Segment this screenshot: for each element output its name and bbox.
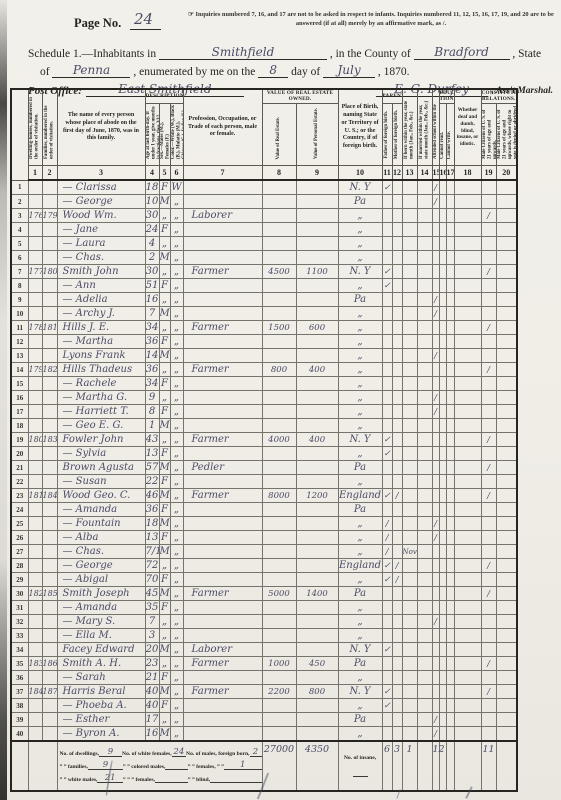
cell-born-month (402, 713, 417, 727)
cell-sex: F (159, 573, 170, 587)
cell-personal-estate (296, 335, 338, 349)
cell-dwelling-number: 183 (28, 657, 42, 671)
cell-age: 18 (145, 517, 159, 531)
cell-row-number: 4 (11, 223, 28, 237)
cell-dwelling-number (28, 573, 42, 587)
cell-infirmities (454, 671, 481, 685)
cell-personal-estate (296, 559, 338, 573)
cell-cannot-read (439, 573, 446, 587)
cell-real-estate (262, 601, 296, 615)
cell-row-number: 35 (11, 657, 28, 671)
cell-attended-school (432, 251, 439, 265)
cell-sex: F (159, 223, 170, 237)
cell-occupation (183, 475, 262, 489)
cell-dwelling-number (28, 237, 42, 251)
census-row: 11 178 181 Hills J. E. 34 „ „ Farmer 150… (11, 321, 517, 335)
cell-cannot-read (439, 587, 446, 601)
cell-sex: F (159, 475, 170, 489)
cell-cannot-read (439, 671, 446, 685)
cell-dwelling-number (28, 447, 42, 461)
cell-male-citizen (481, 293, 496, 307)
cell-age: 3 (145, 629, 159, 643)
cell-born-month (402, 195, 417, 209)
cell-born-month (402, 180, 417, 195)
cell-married-month (417, 545, 432, 559)
cell-personal-estate (296, 209, 338, 223)
cell-infirmities (454, 405, 481, 419)
cell-male-citizen: / (481, 489, 496, 503)
cell-attended-school (432, 475, 439, 489)
cell-attended-school (432, 573, 439, 587)
colored-females-total (155, 782, 188, 783)
cell-married-month (417, 279, 432, 293)
cell-father-foreign: ✓ (382, 265, 392, 279)
cell-married-month (417, 517, 432, 531)
father-foreign-total: 6 (382, 741, 392, 791)
cell-vote-denied (496, 671, 517, 685)
cell-real-estate (262, 180, 296, 195)
cell-family-number (42, 615, 57, 629)
cell-dwelling-number (28, 180, 42, 195)
cell-vote-denied (496, 685, 517, 699)
cell-born-month (402, 559, 417, 573)
cell-family-number (42, 419, 57, 433)
cell-color: „ (170, 349, 183, 363)
cell-name: — Rachele (57, 377, 145, 391)
census-row: 31 — Amanda 35 F „ „ (11, 601, 517, 615)
cell-male-citizen (481, 643, 496, 657)
heading-occupation: Profession, Occupation, or Trade of each… (183, 89, 262, 166)
cell-color: „ (170, 335, 183, 349)
cell-age: 46 (145, 489, 159, 503)
cell-age: 36 (145, 335, 159, 349)
cell-mother-foreign (392, 713, 402, 727)
cell-married-month (417, 195, 432, 209)
cell-name: — Clarissa (57, 180, 145, 195)
cell-male-citizen (481, 223, 496, 237)
cell-infirmities (454, 279, 481, 293)
cell-age: 21 (145, 671, 159, 685)
cell-married-month (417, 629, 432, 643)
cell-personal-estate (296, 391, 338, 405)
cell-name: Lyons Frank (57, 349, 145, 363)
cell-birthplace: Pa (338, 461, 382, 475)
cell-married-month (417, 643, 432, 657)
census-row: 35 183 186 Smith A. H. 23 „ „ Farmer 100… (11, 657, 517, 671)
cell-sex: „ (159, 293, 170, 307)
heading-cannot-write: Cannot write. (446, 104, 454, 166)
cell-mother-foreign (392, 195, 402, 209)
cell-married-month (417, 419, 432, 433)
cell-sex: M (159, 195, 170, 209)
cell-cannot-read (439, 517, 446, 531)
cell-personal-estate (296, 377, 338, 391)
cell-occupation (183, 699, 262, 713)
cell-real-estate: 5000 (262, 587, 296, 601)
schedule-line: Schedule 1.—Inhabitants in Smithfield , … (28, 45, 555, 60)
cell-married-month (417, 363, 432, 377)
cell-family-number: 187 (42, 685, 57, 699)
heading-birthplace: Place of Birth, naming State or Territor… (338, 89, 382, 166)
cell-real-estate (262, 573, 296, 587)
cell-family-number (42, 573, 57, 587)
cell-real-estate (262, 209, 296, 223)
cell-cannot-read (439, 363, 446, 377)
cell-occupation: Farmer (183, 265, 262, 279)
cell-attended-school: / (432, 293, 439, 307)
cell-cannot-write (446, 517, 454, 531)
cell-vote-denied (496, 503, 517, 517)
cell-personal-estate (296, 419, 338, 433)
census-row: 8 — Ann 51 F „ „ ✓ (11, 279, 517, 293)
cell-infirmities (454, 503, 481, 517)
cell-father-foreign (382, 727, 392, 742)
heading-born-month: If born within the year, state month (Ja… (402, 89, 417, 166)
cell-occupation: Farmer (183, 685, 262, 699)
cell-father-foreign: / (382, 531, 392, 545)
cell-cannot-read (439, 475, 446, 489)
cell-color: „ (170, 447, 183, 461)
cell-occupation (183, 195, 262, 209)
cell-dwelling-number (28, 727, 42, 742)
cell-age: 7 (145, 307, 159, 321)
cell-age: 4 (145, 237, 159, 251)
cell-infirmities (454, 391, 481, 405)
cell-infirmities (454, 475, 481, 489)
cell-occupation: Farmer (183, 489, 262, 503)
cell-attended-school (432, 629, 439, 643)
cell-real-estate: 4000 (262, 433, 296, 447)
census-row: 12 — Martha 36 F „ „ (11, 335, 517, 349)
cell-color: „ (170, 433, 183, 447)
heading-male-citizens: Male Citizens of U. S. of 21 years of ag… (481, 104, 496, 166)
cell-cannot-read (439, 209, 446, 223)
cell-married-month (417, 321, 432, 335)
cell-personal-estate (296, 573, 338, 587)
cell-sex: M (159, 727, 170, 742)
page-number-line: Page No. 24 ☞ Inquiries numbered 7, 16, … (10, 8, 555, 42)
cell-occupation (183, 223, 262, 237)
cell-mother-foreign (392, 629, 402, 643)
cell-birthplace: „ (338, 601, 382, 615)
group-education: Educa­tion. (439, 89, 454, 104)
cell-cannot-read (439, 531, 446, 545)
cell-dwelling-number: 180 (28, 433, 42, 447)
cell-real-estate (262, 727, 296, 742)
cell-name: — Archy J. (57, 307, 145, 321)
cell-attended-school (432, 363, 439, 377)
cell-occupation: Pedler (183, 461, 262, 475)
cell-age: 16 (145, 293, 159, 307)
cell-age: 36 (145, 363, 159, 377)
cell-born-month: Nov (402, 545, 417, 559)
cell-personal-estate (296, 699, 338, 713)
cell-cannot-write (446, 363, 454, 377)
cell-cannot-read (439, 643, 446, 657)
cell-born-month (402, 615, 417, 629)
cell-born-month (402, 279, 417, 293)
cell-male-citizen: / (481, 559, 496, 573)
cell-sex: F (159, 699, 170, 713)
cell-male-citizen (481, 531, 496, 545)
cell-married-month (417, 475, 432, 489)
cell-married-month (417, 727, 432, 742)
cell-dwelling-number (28, 419, 42, 433)
cell-cannot-read (439, 419, 446, 433)
cell-row-number: 23 (11, 489, 28, 503)
cell-name: — Martha (57, 335, 145, 349)
cell-family-number (42, 377, 57, 391)
cell-born-month (402, 419, 417, 433)
cell-vote-denied (496, 615, 517, 629)
cell-attended-school (432, 685, 439, 699)
mother-foreign-total: 3 (392, 741, 402, 791)
cell-family-number (42, 180, 57, 195)
cell-married-month (417, 587, 432, 601)
colored-males-total (165, 769, 187, 770)
cell-personal-estate (296, 461, 338, 475)
cell-dwelling-number (28, 545, 42, 559)
cell-cannot-read (439, 279, 446, 293)
census-row: 37 184 187 Harris Beral 40 M „ Farmer 22… (11, 685, 517, 699)
cell-birthplace: „ (338, 237, 382, 251)
cell-family-number (42, 559, 57, 573)
cell-infirmities (454, 293, 481, 307)
census-row: 20 — Sylvia 13 F „ „ ✓ (11, 447, 517, 461)
cell-infirmities (454, 559, 481, 573)
census-row: 38 — Phoeba A. 40 F „ „ ✓ (11, 699, 517, 713)
row-number-gutter-header (11, 89, 28, 180)
cell-father-foreign (382, 195, 392, 209)
cell-personal-estate: 600 (296, 321, 338, 335)
cell-vote-denied (496, 419, 517, 433)
cell-row-number: 12 (11, 335, 28, 349)
cell-real-estate: 2200 (262, 685, 296, 699)
cell-color: „ (170, 531, 183, 545)
cell-cannot-read (439, 503, 446, 517)
cell-name: Smith A. H. (57, 657, 145, 671)
cell-vote-denied (496, 349, 517, 363)
cell-row-number: 1 (11, 180, 28, 195)
cell-family-number (42, 461, 57, 475)
cell-mother-foreign (392, 307, 402, 321)
cell-real-estate (262, 223, 296, 237)
cell-occupation (183, 307, 262, 321)
cell-family-number: 183 (42, 433, 57, 447)
cell-vote-denied (496, 531, 517, 545)
cell-family-number: 181 (42, 321, 57, 335)
cell-attended-school (432, 545, 439, 559)
cell-occupation (183, 517, 262, 531)
cell-mother-foreign (392, 279, 402, 293)
cell-color: „ (170, 419, 183, 433)
cell-age: 35 (145, 601, 159, 615)
cell-attended-school (432, 447, 439, 461)
cell-birthplace: „ (338, 447, 382, 461)
cell-color: „ (170, 279, 183, 293)
cell-married-month (417, 573, 432, 587)
cell-vote-denied (496, 391, 517, 405)
cell-birthplace: „ (338, 223, 382, 237)
census-row: 32 — Mary S. 7 „ „ „ / (11, 615, 517, 629)
cell-male-citizen (481, 349, 496, 363)
cell-attended-school (432, 265, 439, 279)
cell-sex: „ (159, 209, 170, 223)
cell-infirmities (454, 643, 481, 657)
cell-infirmities (454, 335, 481, 349)
cell-occupation (183, 615, 262, 629)
cell-father-foreign (382, 349, 392, 363)
cell-family-number (42, 293, 57, 307)
cell-attended-school (432, 601, 439, 615)
cell-vote-denied (496, 601, 517, 615)
cell-born-month (402, 727, 417, 742)
cell-real-estate (262, 531, 296, 545)
cell-color: „ (170, 573, 183, 587)
census-row: 33 — Ella M. 3 „ „ „ (11, 629, 517, 643)
cell-name: — Byron A. (57, 727, 145, 742)
cell-father-foreign (382, 629, 392, 643)
cell-male-citizen: / (481, 587, 496, 601)
cell-row-number: 40 (11, 727, 28, 742)
cell-personal-estate: 800 (296, 685, 338, 699)
group-parentage: Parentage. (382, 89, 402, 104)
census-row: 15 — Rachele 34 F „ „ (11, 377, 517, 391)
state-label: , State (512, 48, 541, 60)
cell-personal-estate (296, 545, 338, 559)
cell-cannot-read (439, 391, 446, 405)
cell-mother-foreign (392, 391, 402, 405)
cell-real-estate: 800 (262, 363, 296, 377)
cell-sex: M (159, 587, 170, 601)
cell-age: 13 (145, 531, 159, 545)
page-no-label: Page No. (74, 16, 121, 31)
cell-infirmities (454, 209, 481, 223)
cell-dwelling-number (28, 349, 42, 363)
cell-married-month (417, 433, 432, 447)
cell-birthplace: N. Y (338, 265, 382, 279)
cell-attended-school (432, 699, 439, 713)
families-total: 9 (88, 761, 123, 771)
cell-personal-estate (296, 517, 338, 531)
cell-real-estate (262, 545, 296, 559)
cell-infirmities (454, 699, 481, 713)
cell-father-foreign: ✓ (382, 180, 392, 195)
census-row: 10 — Archy J. 7 M „ „ / (11, 307, 517, 321)
day-of-label: day of (291, 66, 320, 78)
cell-row-number: 37 (11, 685, 28, 699)
cell-birthplace: „ (338, 363, 382, 377)
of-label: of (40, 66, 50, 78)
cell-personal-estate (296, 475, 338, 489)
cell-dwelling-number (28, 531, 42, 545)
state-value: Penna (52, 63, 130, 78)
census-row: 30 182 185 Smith Joseph 45 M „ Farmer 50… (11, 587, 517, 601)
cell-attended-school (432, 643, 439, 657)
cell-age: 40 (145, 699, 159, 713)
cell-birthplace: N. Y (338, 685, 382, 699)
cell-married-month (417, 223, 432, 237)
cell-dwelling-number (28, 713, 42, 727)
cell-personal-estate (296, 713, 338, 727)
cell-father-foreign (382, 321, 392, 335)
cell-birthplace: „ (338, 545, 382, 559)
cell-infirmities (454, 685, 481, 699)
attended-school-total: 12 (432, 741, 439, 791)
cell-cannot-write (446, 405, 454, 419)
cell-sex: „ (159, 713, 170, 727)
cell-vote-denied (496, 545, 517, 559)
cell-mother-foreign (392, 433, 402, 447)
form-header: Page No. 24 ☞ Inquiries numbered 7, 16, … (10, 8, 555, 97)
cell-mother-foreign (392, 251, 402, 265)
cell-color: „ (170, 657, 183, 671)
cell-father-foreign: ✓ (382, 279, 392, 293)
cell-occupation: Laborer (183, 643, 262, 657)
cell-mother-foreign (392, 727, 402, 742)
cell-real-estate (262, 377, 296, 391)
cell-attended-school (432, 461, 439, 475)
cell-cannot-write (446, 293, 454, 307)
cell-attended-school: / (432, 531, 439, 545)
cell-color: „ (170, 237, 183, 251)
census-row: 14 179 182 Hills Thadeus 36 „ „ Farmer 8… (11, 363, 517, 377)
cell-sex: F (159, 671, 170, 685)
cell-born-month (402, 405, 417, 419)
cell-sex: „ (159, 657, 170, 671)
cell-row-number: 2 (11, 195, 28, 209)
cell-birthplace: „ (338, 321, 382, 335)
cell-cannot-write (446, 559, 454, 573)
cell-name: — Abigal (57, 573, 145, 587)
cell-cannot-write (446, 195, 454, 209)
cell-birthplace: „ (338, 419, 382, 433)
cell-color: „ (170, 293, 183, 307)
cell-attended-school (432, 489, 439, 503)
cell-family-number (42, 251, 57, 265)
cell-personal-estate (296, 251, 338, 265)
locality-value: Smithfield (159, 45, 327, 60)
census-row: 27 — Chas. 7/12 M „ „ / Nov (11, 545, 517, 559)
cell-father-foreign (382, 377, 392, 391)
cell-birthplace: „ (338, 279, 382, 293)
cell-age: 57 (145, 461, 159, 475)
cell-cannot-write (446, 307, 454, 321)
cell-dwelling-number (28, 559, 42, 573)
enumeration-line: of Penna , enumerated by me on the 8 day… (40, 63, 555, 78)
cell-occupation: Laborer (183, 209, 262, 223)
census-page: Page No. 24 ☞ Inquiries numbered 7, 16, … (0, 0, 561, 800)
cell-real-estate: 1000 (262, 657, 296, 671)
cell-real-estate (262, 335, 296, 349)
cell-married-month (417, 405, 432, 419)
month-value: July (323, 63, 375, 78)
cell-mother-foreign (392, 377, 402, 391)
cell-family-number (42, 223, 57, 237)
cell-row-number: 28 (11, 559, 28, 573)
cell-cannot-write (446, 685, 454, 699)
cell-family-number: 180 (42, 265, 57, 279)
cell-male-citizen (481, 713, 496, 727)
cell-birthplace: Pa (338, 713, 382, 727)
cell-cannot-write (446, 699, 454, 713)
cell-real-estate (262, 671, 296, 685)
cell-color: „ (170, 629, 183, 643)
cell-attended-school (432, 321, 439, 335)
cell-age: 24 (145, 223, 159, 237)
census-row: 6 — Chas. 2 M „ „ (11, 251, 517, 265)
cell-father-foreign (382, 405, 392, 419)
